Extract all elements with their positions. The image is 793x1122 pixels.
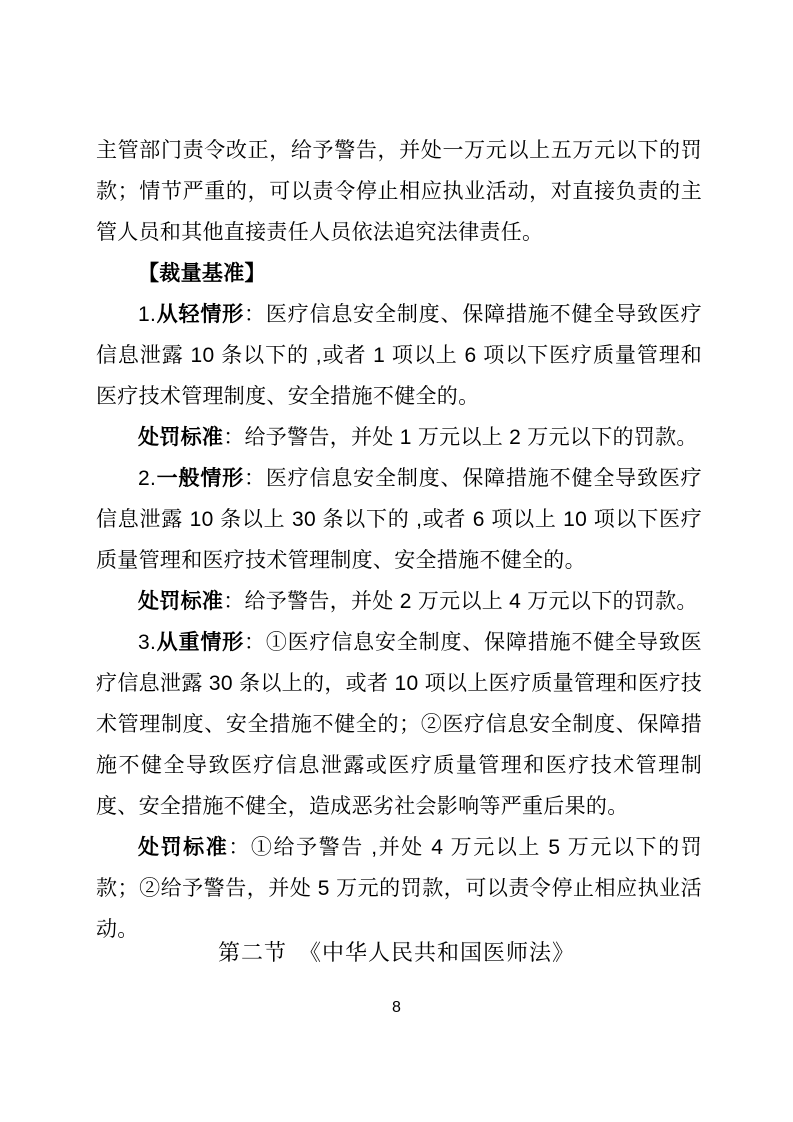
body-text: ：①医疗信息安全制度、保障措施不健全导致医疗信息泄露 30 条以上的，或者 10…: [96, 631, 702, 818]
body-text: 3.: [138, 631, 156, 654]
bold-text: 【裁量基准】: [138, 262, 266, 285]
bold-text: 处罚标准: [138, 836, 228, 859]
paragraph: 2.一般情形：医疗信息安全制度、保障措施不健全导致医疗信息泄露 10 条以上 3…: [96, 458, 702, 581]
paragraph: 1.从轻情形：医疗信息安全制度、保障措施不健全导致医疗信息泄露 10 条以下的 …: [96, 294, 702, 417]
document-body: 主管部门责令改正，给予警告，并处一万元以上五万元以下的罚款；情节严重的，可以责令…: [96, 130, 702, 950]
body-text: ：给予警告，并处 2 万元以上 4 万元以下的罚款。: [223, 590, 698, 613]
bold-text: 处罚标准: [138, 590, 223, 613]
paragraph: 主管部门责令改正，给予警告，并处一万元以上五万元以下的罚款；情节严重的，可以责令…: [96, 130, 702, 253]
paragraph: 【裁量基准】: [96, 253, 702, 294]
body-text: 主管部门责令改正，给予警告，并处一万元以上五万元以下的罚款；情节严重的，可以责令…: [96, 139, 702, 244]
paragraph: 处罚标准：给予警告，并处 1 万元以上 2 万元以下的罚款。: [96, 417, 702, 458]
body-text: 2.: [138, 467, 156, 490]
bold-text: 处罚标准: [138, 426, 223, 449]
bold-text: 一般情形: [156, 467, 244, 490]
bold-text: 从轻情形: [156, 303, 244, 326]
paragraph: 处罚标准：给予警告，并处 2 万元以上 4 万元以下的罚款。: [96, 581, 702, 622]
paragraph: 3.从重情形：①医疗信息安全制度、保障措施不健全导致医疗信息泄露 30 条以上的…: [96, 622, 702, 827]
document-page: 主管部门责令改正，给予警告，并处一万元以上五万元以下的罚款；情节严重的，可以责令…: [0, 0, 793, 1122]
body-text: 1.: [138, 303, 156, 326]
page-number: 8: [0, 998, 793, 1018]
paragraph: 处罚标准：①给予警告 ,并处 4 万元以上 5 万元以下的罚款；②给予警告，并处…: [96, 827, 702, 950]
bold-text: 从重情形: [156, 631, 244, 654]
body-text: ：给予警告，并处 1 万元以上 2 万元以下的罚款。: [223, 426, 698, 449]
section-heading: 第二节 《中华人民共和国医师法》: [0, 938, 793, 968]
